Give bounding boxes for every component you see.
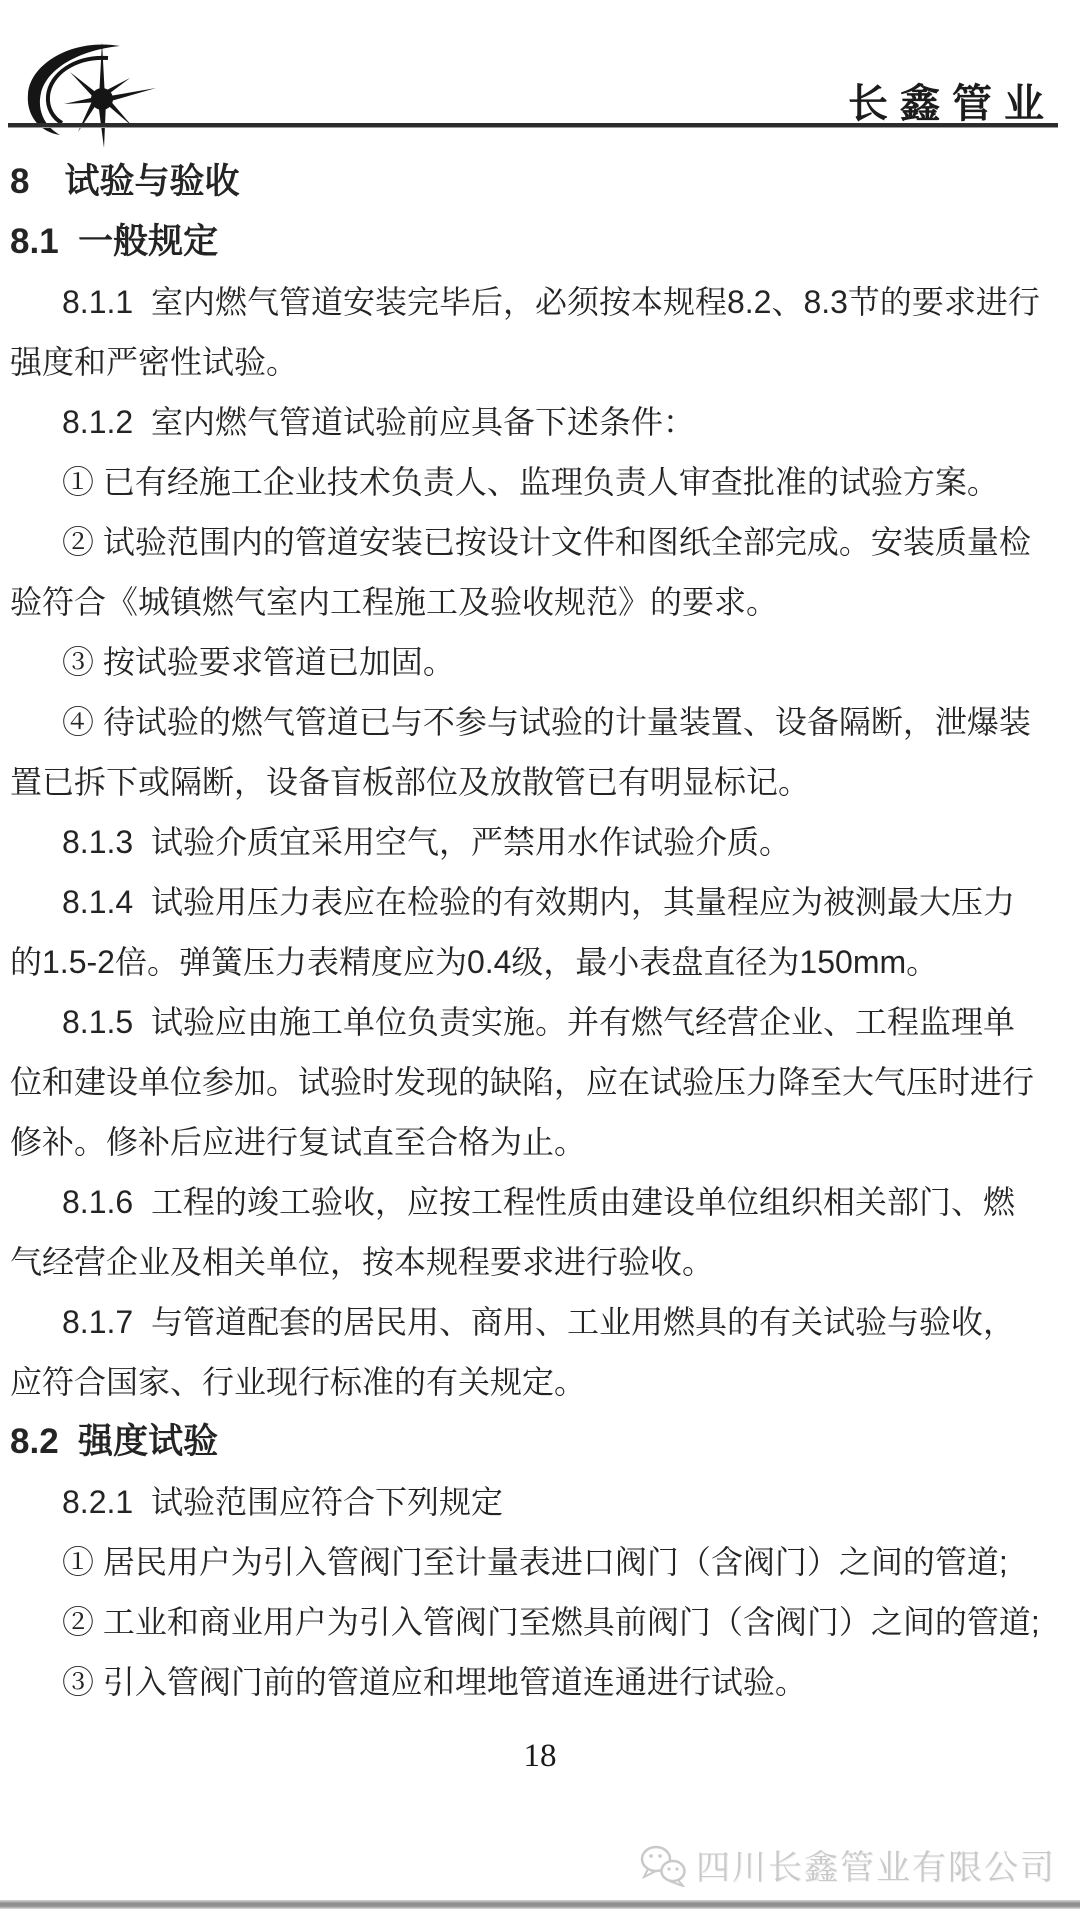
doc-line: 8.1.2 室内燃气管道试验前应具备下述条件： [10,392,1070,452]
doc-line: 8.2.1 试验范围应符合下列规定 [10,1472,1070,1532]
doc-line: ② 工业和商业用户为引入管阀门至燃具前阀门（含阀门）之间的管道; [10,1592,1070,1652]
doc-line: 位和建设单位参加。试验时发现的缺陷，应在试验压力降至大气压时进行 [10,1052,1070,1112]
section-heading: 8.2 强度试验 [10,1412,1070,1472]
document-body: 8 试验与验收 8.1 一般规定 8.1.1 室内燃气管道安装完毕后，必须按本规… [10,152,1070,1712]
doc-line: 验符合《城镇燃气室内工程施工及验收规范》的要求。 [10,572,1070,632]
footer-watermark: 四川长鑫管业有限公司 [639,1840,1056,1889]
doc-line: 强度和严密性试验。 [10,332,1070,392]
doc-line: ③ 引入管阀门前的管道应和埋地管道连通进行试验。 [10,1652,1070,1712]
doc-line: ① 居民用户为引入管阀门至计量表进口阀门（含阀门）之间的管道; [10,1532,1070,1592]
wechat-icon [639,1843,687,1887]
doc-line: 应符合国家、行业现行标准的有关规定。 [10,1352,1070,1412]
doc-line: 8.1.7 与管道配套的居民用、商用、工业用燃具的有关试验与验收， [10,1292,1070,1352]
doc-line: 8.1.6 工程的竣工验收，应按工程性质由建设单位组织相关部门、燃 [10,1172,1070,1232]
doc-line: ③ 按试验要求管道已加固。 [10,632,1070,692]
section-heading: 8 试验与验收 [10,152,1070,212]
page-number: 18 [0,1732,1080,1780]
doc-line: 8.1.5 试验应由施工单位负责实施。并有燃气经营企业、工程监理单 [10,992,1070,1052]
doc-line: 气经营企业及相关单位，按本规程要求进行验收。 [10,1232,1070,1292]
doc-line: 8.1.3 试验介质宜采用空气，严禁用水作试验介质。 [10,812,1070,872]
doc-line: ① 已有经施工企业技术负责人、监理负责人审查批准的试验方案。 [10,452,1070,512]
document-page: 长鑫管业 8 试验与验收 8.1 一般规定 8.1.1 室内燃气管道安装完毕后，… [0,0,1080,1920]
doc-line: 的1.5-2倍。弹簧压力表精度应为0.4级，最小表盘直径为150mm。 [10,932,1070,992]
doc-line: ④ 待试验的燃气管道已与不参与试验的计量装置、设备隔断，泄爆装 [10,692,1070,752]
doc-line: ② 试验范围内的管道安装已按设计文件和图纸全部完成。安装质量检 [10,512,1070,572]
brand-title: 长鑫管业 [848,72,1056,129]
bottom-bar [0,1900,1080,1909]
doc-line: 修补。修补后应进行复试直至合格为止。 [10,1112,1070,1172]
section-heading: 8.1 一般规定 [10,212,1070,272]
doc-line: 8.1.1 室内燃气管道安装完毕后，必须按本规程8.2、8.3节的要求进行 [10,272,1070,332]
doc-line: 8.1.4 试验用压力表应在检验的有效期内，其量程应为被测最大压力 [10,872,1070,932]
doc-line: 置已拆下或隔断，设备盲板部位及放散管已有明显标记。 [10,752,1070,812]
header-rule [8,123,1058,128]
company-logo-icon [20,38,158,150]
watermark-company-text: 四川长鑫管业有限公司 [696,1840,1056,1889]
